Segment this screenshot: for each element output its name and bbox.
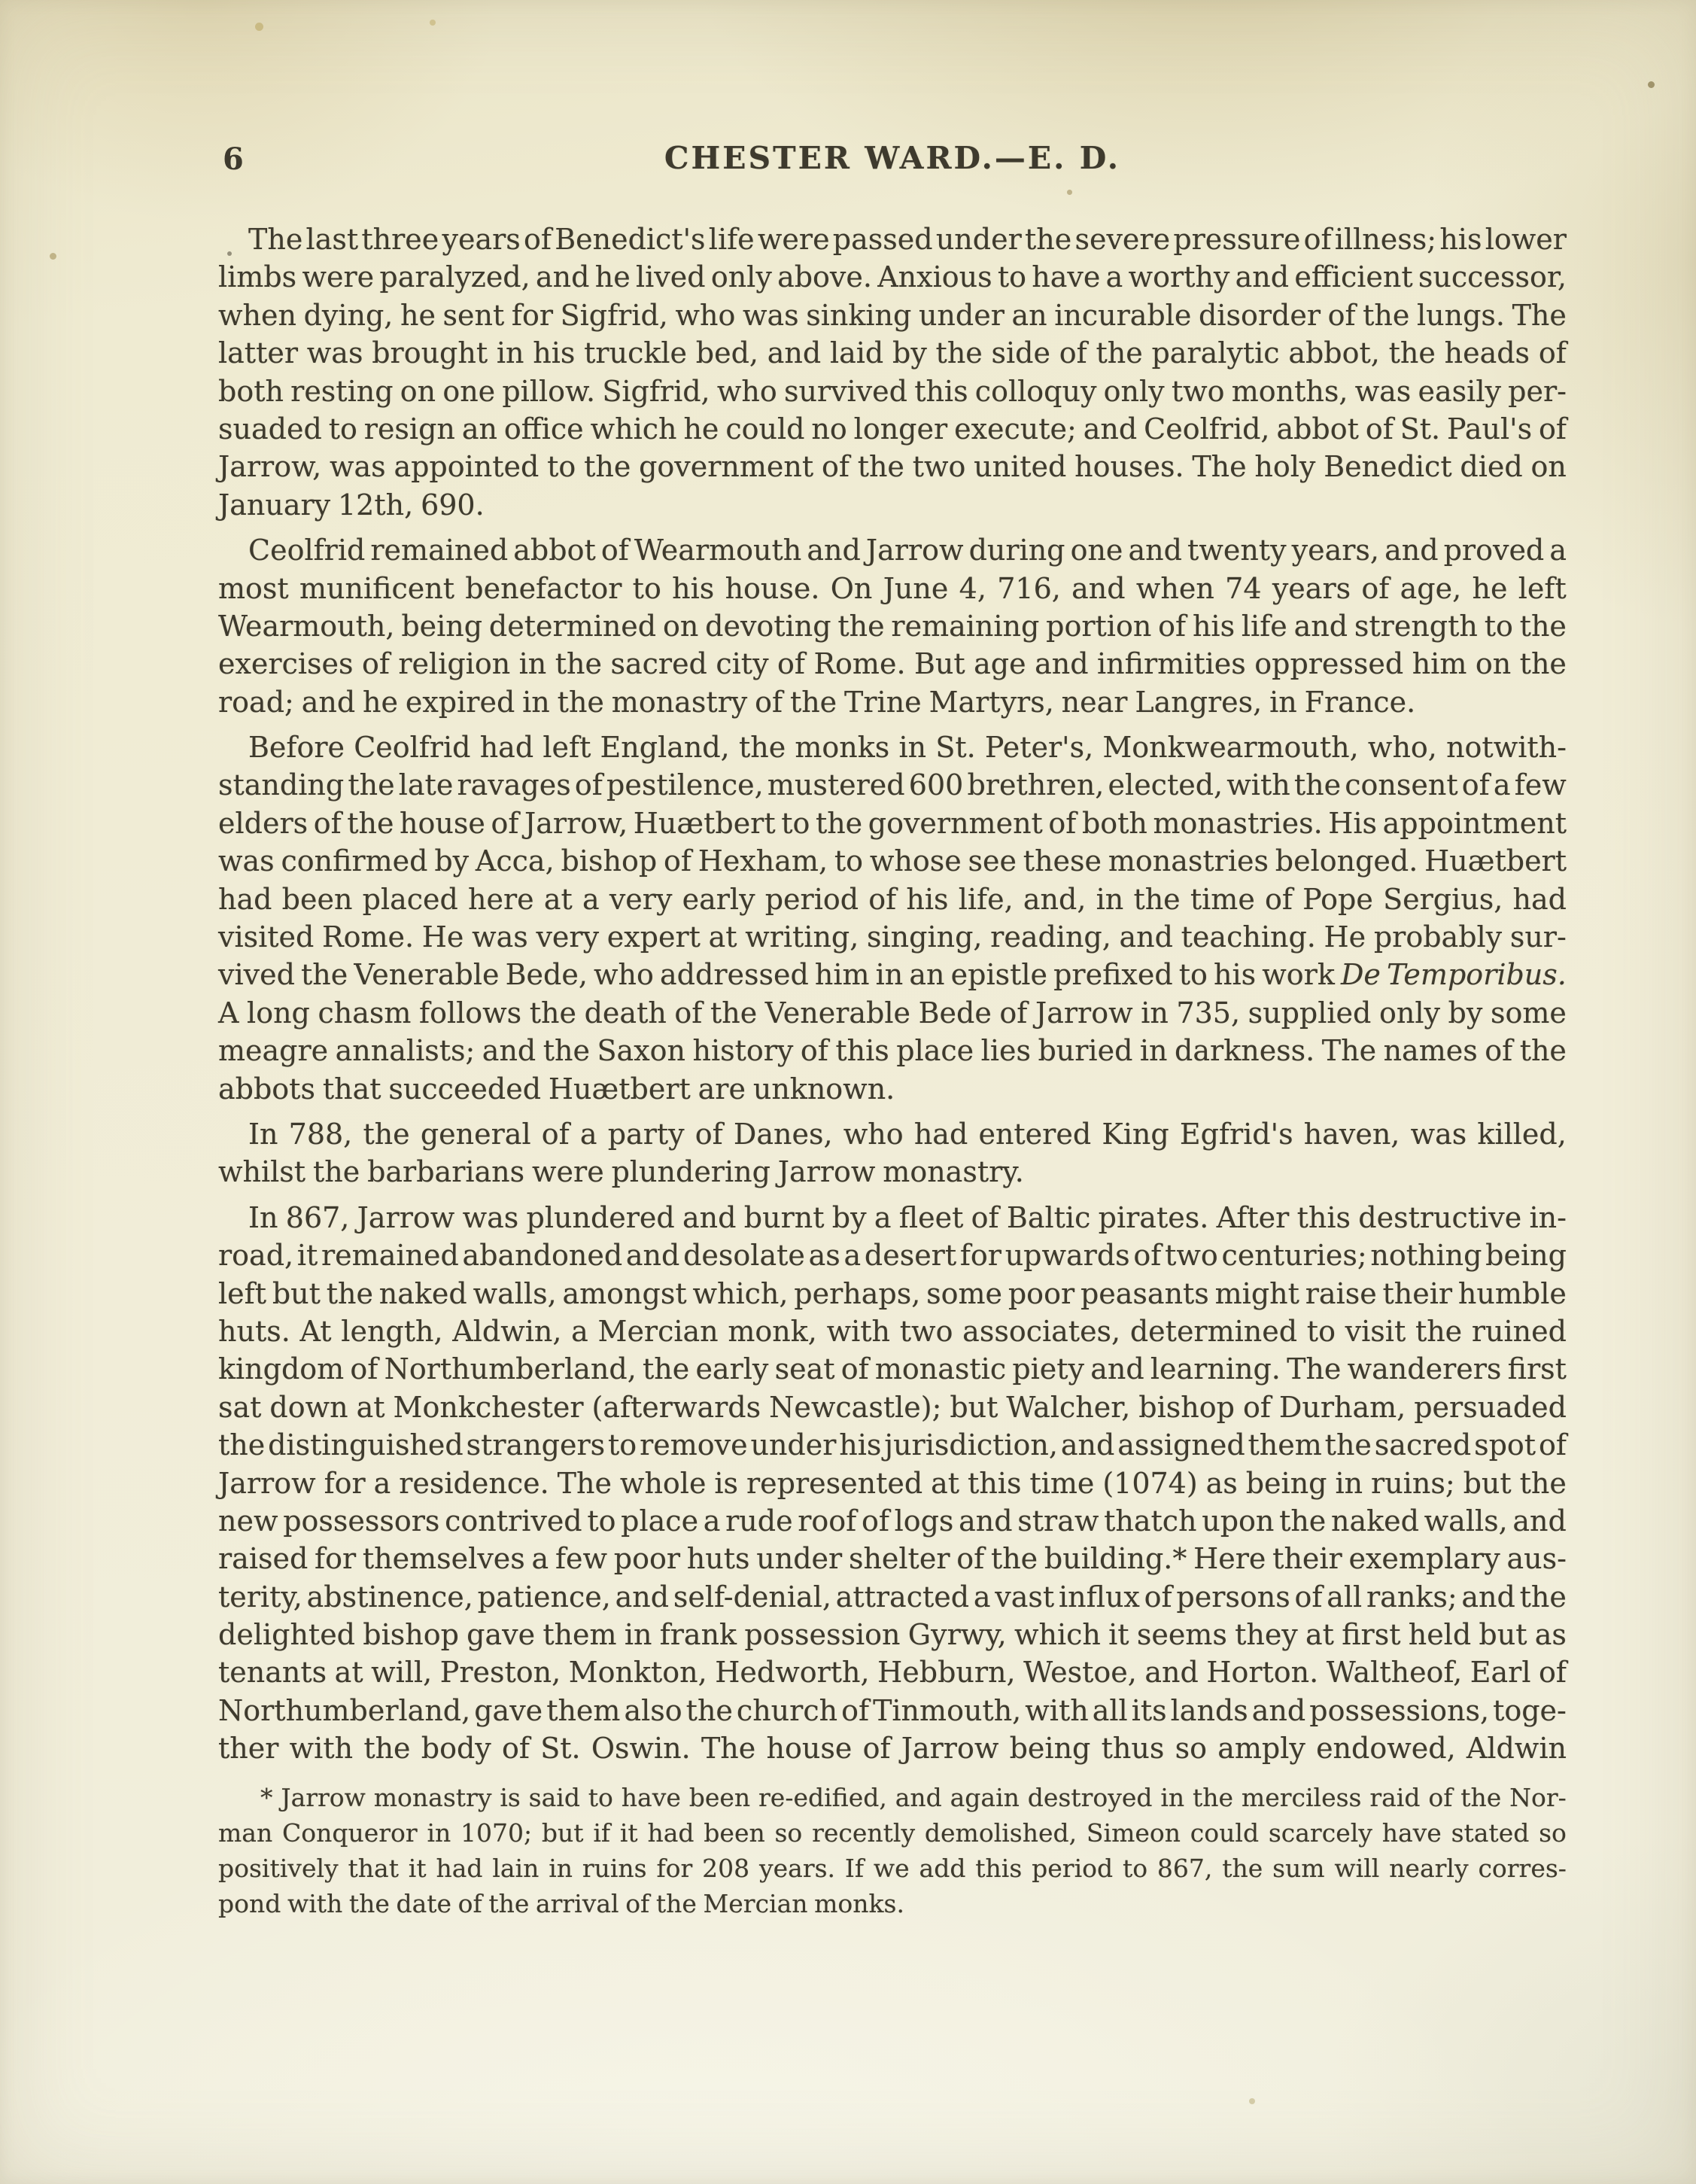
word: his — [672, 570, 714, 607]
word: for — [512, 297, 553, 334]
word: upwards — [1005, 1236, 1130, 1274]
word: monastry — [612, 683, 747, 721]
word: 74 — [1225, 570, 1261, 607]
word: a — [1549, 531, 1567, 569]
word: and — [302, 683, 355, 721]
word: at — [335, 1653, 363, 1691]
word: the — [488, 1886, 529, 1921]
word: to — [329, 410, 357, 448]
word: jurisdiction, — [884, 1426, 1058, 1464]
word: he — [683, 410, 719, 448]
paper-speck — [1067, 190, 1072, 195]
text-line: pondwiththedateofthearrivaloftheMercianm… — [218, 1886, 1567, 1921]
word: Sigfrid, — [561, 297, 668, 334]
text-line: mostmunificentbenefactortohishouse.OnJun… — [218, 570, 1567, 607]
word: was — [307, 334, 363, 372]
word: both — [1082, 805, 1147, 842]
word: of — [863, 1729, 891, 1767]
word: in — [519, 645, 547, 683]
text-line: tenantsatwill,Preston,Monkton,Hedworth,H… — [218, 1653, 1567, 1691]
word: Jarrow — [281, 1780, 366, 1815]
word: pirates. — [1099, 1199, 1209, 1236]
word: the — [1415, 1313, 1462, 1350]
word: bishop — [561, 842, 657, 880]
word: names — [1384, 1032, 1478, 1069]
word: tenants — [218, 1653, 327, 1691]
word: exemplary — [1348, 1540, 1500, 1577]
word: abbots — [218, 1070, 315, 1108]
paper-speck — [1249, 2098, 1255, 2104]
word: the — [1520, 607, 1567, 645]
word: brethren, — [967, 766, 1104, 804]
word: of — [625, 1886, 649, 1921]
word: His — [1328, 805, 1377, 842]
word: under — [756, 1540, 842, 1577]
word: on — [1476, 645, 1511, 683]
word: his — [1439, 221, 1482, 258]
word: had — [218, 881, 272, 918]
word: and — [482, 1032, 536, 1069]
word: holy — [1254, 448, 1315, 485]
word: house — [767, 1729, 853, 1767]
word: to — [1179, 956, 1208, 993]
word: years. — [759, 1851, 835, 1886]
word: meagre — [218, 1032, 328, 1069]
word: and — [1294, 607, 1348, 645]
word: the — [858, 448, 904, 485]
word: scarcely — [1269, 1815, 1372, 1851]
text-line: whendying,hesentforSigfrid,whowassinking… — [218, 297, 1567, 334]
word: to — [1123, 1851, 1147, 1886]
word: was — [1411, 1115, 1467, 1153]
word: place — [896, 1032, 974, 1069]
word: killed, — [1477, 1115, 1566, 1153]
word: them — [546, 1692, 620, 1729]
word: general — [421, 1115, 531, 1153]
word: nearly — [1389, 1851, 1468, 1886]
word: died — [1460, 448, 1522, 485]
word: road; — [218, 683, 294, 721]
word: destructive — [1358, 1199, 1521, 1236]
word: sat — [218, 1389, 261, 1426]
word: ranks; — [1366, 1578, 1457, 1616]
word: as — [809, 1236, 840, 1274]
word: persons — [1176, 1578, 1290, 1616]
word: period — [765, 881, 859, 918]
word: this — [914, 373, 968, 410]
word: sur- — [1510, 918, 1567, 956]
text-line: meagreannalists;andtheSaxonhistoryofthis… — [218, 1032, 1567, 1069]
word: no — [811, 410, 846, 448]
word: and — [1090, 1350, 1144, 1388]
word: laid — [830, 334, 883, 372]
text-line: hadbeenplacedhereataveryearlyperiodofhis… — [218, 881, 1567, 918]
word: a — [580, 1115, 597, 1153]
word: Wearmouth — [634, 531, 801, 569]
word: the — [543, 1032, 590, 1069]
word: Peter's, — [985, 729, 1093, 766]
word: years — [442, 221, 521, 258]
word: exercises — [218, 645, 354, 683]
word: poor — [614, 1540, 680, 1577]
word: ruins — [582, 1851, 647, 1886]
word: in — [427, 1815, 451, 1851]
word: raised — [218, 1540, 308, 1577]
word: recently — [812, 1815, 915, 1851]
word: severe — [1074, 221, 1170, 258]
word: being — [401, 607, 482, 645]
word: monks — [795, 729, 889, 766]
word: in — [625, 1616, 652, 1653]
word: for — [324, 1465, 366, 1502]
word: his — [533, 334, 575, 372]
word: Aldwin — [1467, 1729, 1567, 1767]
word: have — [622, 1780, 681, 1815]
word: Huætbert — [1424, 842, 1567, 880]
word: Ceolfrid — [248, 531, 365, 569]
word: the — [1025, 221, 1071, 258]
word: writing, — [745, 918, 859, 956]
word: 1070; — [460, 1815, 532, 1851]
word: Monkwearmouth, — [1102, 729, 1358, 766]
word: of — [1539, 1653, 1567, 1691]
word: they — [1235, 1616, 1298, 1653]
word: seat — [775, 1350, 835, 1388]
word: at — [931, 1465, 959, 1502]
paragraph: ThelastthreeyearsofBenedict'slifewerepas… — [218, 221, 1567, 524]
word: Pope — [1302, 881, 1373, 918]
word: Before — [248, 729, 345, 766]
word: two — [1172, 373, 1225, 410]
word: first — [1342, 1616, 1400, 1653]
word: the — [790, 683, 837, 721]
word: add — [919, 1851, 966, 1886]
word: peasants — [1081, 1275, 1209, 1313]
word: will — [1334, 1851, 1379, 1886]
word: and, — [1023, 881, 1087, 918]
word: of — [841, 1692, 869, 1729]
word: length, — [341, 1313, 442, 1350]
text-line: bothrestingononepillow.Sigfrid,whosurviv… — [218, 373, 1567, 410]
word: illness; — [1335, 221, 1436, 258]
word: seems — [1137, 1616, 1227, 1653]
word: under — [750, 1426, 836, 1464]
word: January — [218, 486, 330, 524]
text-line: January12th,690. — [218, 486, 1567, 524]
word: of — [1144, 1578, 1172, 1616]
word: determined — [1130, 1313, 1297, 1350]
word: frank — [660, 1616, 737, 1653]
word: of — [1304, 221, 1332, 258]
word: piety — [1012, 1350, 1084, 1388]
word: elected, — [1108, 766, 1223, 804]
word: few — [1515, 766, 1567, 804]
word: assigned — [1117, 1426, 1245, 1464]
word: abandoned — [463, 1236, 623, 1274]
paragraph: In867,Jarrowwasplunderedandburntbyafleet… — [218, 1199, 1567, 1768]
word: to — [998, 258, 1026, 296]
word: succeeded — [388, 1070, 541, 1108]
word: first — [1508, 1350, 1567, 1388]
word: Venerable — [354, 956, 499, 993]
word: church — [737, 1692, 837, 1729]
word: years, — [1292, 531, 1379, 569]
word: and — [895, 1780, 942, 1815]
word: Durham, — [1279, 1389, 1406, 1426]
word: three — [361, 221, 439, 258]
word: Jarrow — [218, 1465, 316, 1502]
word: and — [807, 531, 860, 569]
word: in — [1335, 1465, 1363, 1502]
word: Mercian — [598, 1313, 719, 1350]
word: monastries — [1108, 842, 1269, 880]
text-line: visitedRome.Hewasveryexpertatwriting,sin… — [218, 918, 1567, 956]
word: of — [542, 1115, 570, 1153]
word: one — [1071, 531, 1123, 569]
word: a — [582, 881, 600, 918]
word: suaded — [218, 410, 322, 448]
word: left — [218, 1275, 266, 1313]
word: his — [906, 881, 948, 918]
word: possessors — [283, 1502, 439, 1540]
word: unknown. — [753, 1070, 895, 1108]
word: worthy — [1129, 258, 1230, 296]
text-line: leftbutthenakedwalls,amongstwhich,perhap… — [218, 1275, 1567, 1313]
word: it — [297, 1236, 318, 1274]
word: a — [874, 1199, 892, 1236]
word: endowed, — [1316, 1729, 1456, 1767]
word: as — [1206, 1465, 1238, 1502]
word: contrived — [445, 1502, 582, 1540]
word: with — [287, 1886, 342, 1921]
word: sacred — [1375, 1426, 1471, 1464]
word: Nor- — [1509, 1780, 1567, 1815]
word: of — [314, 805, 342, 842]
word: In — [248, 1115, 278, 1153]
word: by — [434, 842, 469, 880]
text-line: abbotsthatsucceededHuætbertareunknown. — [218, 1070, 1567, 1108]
word: annalists; — [336, 1032, 476, 1069]
word: years — [1272, 570, 1351, 607]
word: resting — [290, 373, 393, 410]
word: Waltheof, — [1327, 1653, 1462, 1691]
text-line: standingthelateravagesofpestilence,muste… — [218, 766, 1567, 804]
paper-speck — [255, 23, 263, 31]
word: merciless — [1242, 1780, 1362, 1815]
word: the — [1096, 334, 1142, 372]
text-line: therwiththebodyofSt.Oswin.ThehouseofJarr… — [218, 1729, 1567, 1767]
word: building.* — [1044, 1540, 1187, 1577]
word: two — [913, 448, 966, 485]
word: walls, — [473, 1275, 557, 1313]
word: office — [504, 410, 584, 448]
word: which — [591, 410, 677, 448]
word: and — [1144, 1653, 1198, 1691]
word: and — [536, 258, 589, 296]
word: of — [1133, 1236, 1161, 1274]
word: monastic — [875, 1350, 1006, 1388]
word: Benedict — [1324, 448, 1451, 485]
word: Gyrwy, — [908, 1616, 1007, 1653]
text-line: In867,Jarrowwasplunderedandburntbyafleet… — [218, 1199, 1567, 1236]
word: Bede, — [506, 956, 588, 993]
word: with — [827, 1313, 890, 1350]
word: amply — [1217, 1729, 1305, 1767]
word: 4, — [959, 570, 986, 607]
word: a — [843, 1236, 861, 1274]
text-line: latterwasbroughtinhistrucklebed,andlaidb… — [218, 334, 1567, 372]
word: remained — [321, 1236, 459, 1274]
word: but — [1463, 1465, 1512, 1502]
text-line: CeolfridremainedabbotofWearmouthandJarro… — [218, 531, 1567, 569]
word: prefixed — [1053, 956, 1173, 993]
word: been — [282, 881, 353, 918]
word: belonged. — [1275, 842, 1418, 880]
word: Huætbert — [549, 1070, 691, 1108]
word: longer — [854, 410, 947, 448]
word: death — [585, 994, 667, 1032]
word: distinguished — [268, 1426, 464, 1464]
word: and — [1129, 531, 1182, 569]
word: ruined — [1472, 1313, 1567, 1350]
word: the — [348, 766, 394, 804]
text-line: huts.Atlength,Aldwin,aMercianmonk,withtw… — [218, 1313, 1567, 1350]
word: the — [327, 1275, 373, 1313]
word: a — [704, 1502, 721, 1540]
word: of — [1295, 1578, 1323, 1616]
word: roof — [798, 1502, 856, 1540]
word: his — [1193, 607, 1235, 645]
word: with — [1025, 1692, 1088, 1729]
word: new — [218, 1502, 278, 1540]
word: truckle — [584, 334, 687, 372]
word: here — [468, 881, 534, 918]
word: naked — [1331, 1502, 1419, 1540]
word: ravages — [457, 766, 570, 804]
word: haven, — [1304, 1115, 1400, 1153]
word: naked — [379, 1275, 467, 1313]
word: Tinmouth, — [873, 1692, 1021, 1729]
word: with — [1226, 766, 1290, 804]
word: A — [218, 994, 239, 1032]
word: being — [1010, 1729, 1091, 1767]
word: long — [247, 994, 310, 1032]
word: of — [1265, 881, 1293, 918]
word: could — [1190, 1815, 1259, 1851]
word: few — [555, 1540, 607, 1577]
word: the — [1193, 1780, 1233, 1815]
word: in — [522, 683, 550, 721]
word: this — [968, 1465, 1021, 1502]
word: he — [595, 258, 631, 296]
word: heads — [1445, 334, 1530, 372]
word: abstinence, — [307, 1578, 473, 1616]
word: Mercian — [703, 1886, 807, 1921]
word: of — [1366, 410, 1394, 448]
word: ruins; — [1371, 1465, 1455, 1502]
word: determined — [489, 607, 656, 645]
word: associates, — [962, 1313, 1120, 1350]
word: by — [1448, 994, 1483, 1032]
word: so — [775, 1815, 803, 1851]
word: with — [290, 1729, 353, 1767]
text-line: Northumberland,gavethemalsothechurchofTi… — [218, 1692, 1567, 1729]
word: Here — [1193, 1540, 1266, 1577]
text-line: terity,abstinence,patience,andself-denia… — [218, 1578, 1567, 1616]
word: of — [674, 994, 702, 1032]
word: oppressed — [1254, 645, 1403, 683]
word: the — [1520, 1032, 1567, 1069]
word: months, — [1232, 373, 1348, 410]
word: * — [260, 1780, 273, 1815]
text-line: suadedtoresignanofficewhichhecouldnolong… — [218, 410, 1567, 448]
word: of — [1328, 297, 1356, 334]
text-line: road,itremainedabandonedanddesolateasade… — [218, 1236, 1567, 1274]
word: (1074) — [1102, 1465, 1197, 1502]
word: sent — [443, 297, 505, 334]
word: pressure — [1173, 221, 1300, 258]
word: in — [497, 334, 524, 372]
word: Jarrow — [778, 1153, 876, 1191]
word: had — [1512, 881, 1566, 918]
word: colloquy — [975, 373, 1097, 410]
word: raise — [1305, 1275, 1377, 1313]
word: of — [491, 805, 518, 842]
word: the — [936, 334, 983, 372]
word: Bede — [919, 994, 992, 1032]
word: for — [315, 1540, 356, 1577]
word: elders — [218, 805, 308, 842]
word: and — [767, 334, 821, 372]
word: De — [1341, 956, 1381, 993]
word: sinking — [806, 297, 911, 334]
word: Conqueror — [282, 1815, 418, 1851]
word: Acca, — [476, 842, 555, 880]
word: and — [626, 1236, 679, 1274]
word: side — [992, 334, 1050, 372]
text-line: thedistinguishedstrangerstoremoveunderhi… — [218, 1426, 1567, 1464]
word: 716, — [997, 570, 1061, 607]
word: to — [587, 1502, 615, 1540]
word: monk, — [728, 1313, 817, 1350]
word: but — [1479, 1616, 1527, 1653]
word: Paul's — [1447, 410, 1532, 448]
word: St. — [540, 1729, 580, 1767]
word: whose — [870, 842, 962, 880]
word: of — [1361, 570, 1389, 607]
word: at — [1305, 1616, 1334, 1653]
word: He — [422, 918, 464, 956]
word: themselves — [363, 1540, 525, 1577]
word: at — [357, 1389, 385, 1426]
word: disorder — [1199, 297, 1321, 334]
text-line: limbswereparalyzed,andhelivedonlyabove.A… — [218, 258, 1567, 296]
word: raid — [1369, 1780, 1420, 1815]
word: of — [1539, 1426, 1567, 1464]
word: when — [218, 297, 296, 334]
word: of — [1059, 334, 1087, 372]
word: expert — [607, 918, 701, 956]
word: lands — [1171, 1692, 1248, 1729]
word: self-denial, — [673, 1578, 831, 1616]
word: the — [558, 683, 604, 721]
word: have — [1382, 1815, 1442, 1851]
word: and — [1071, 570, 1125, 607]
word: Rome. — [813, 645, 905, 683]
word: a — [1494, 766, 1511, 804]
word: of — [971, 1199, 999, 1236]
word: possessions, — [1309, 1692, 1489, 1729]
